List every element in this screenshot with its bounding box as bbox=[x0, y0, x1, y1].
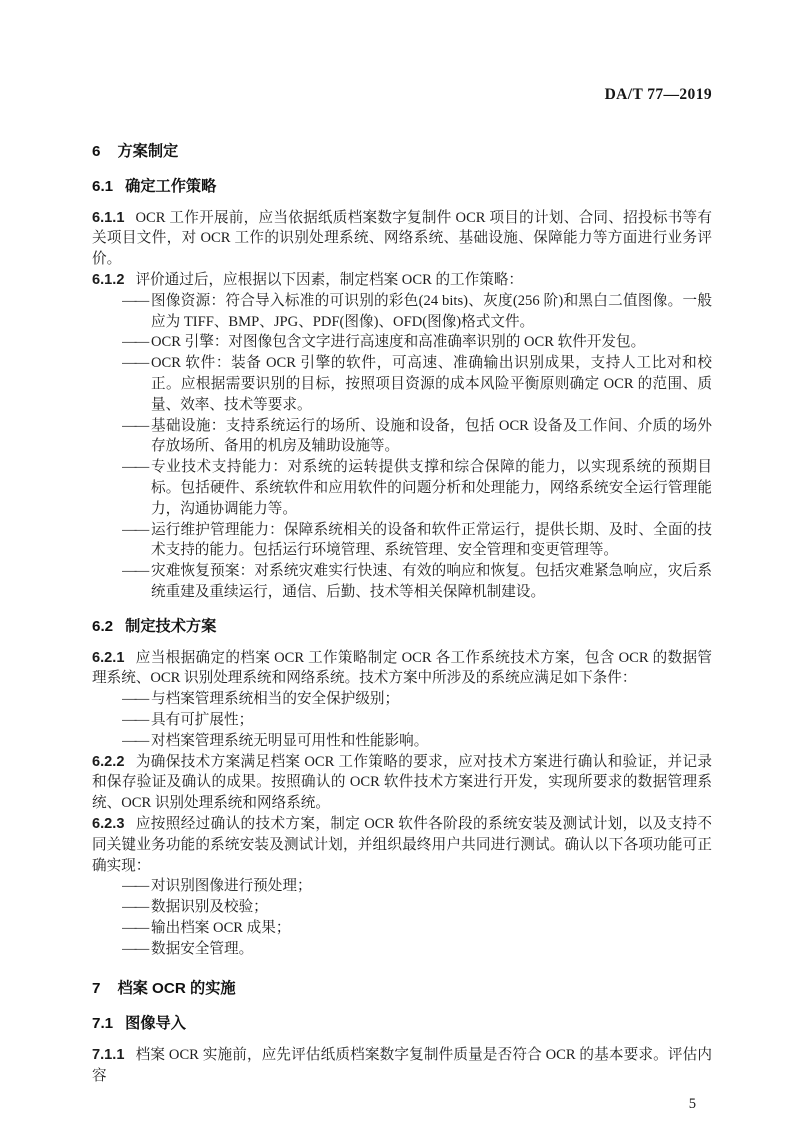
clause-text: 应当根据确定的档案 OCR 工作策略制定 OCR 各工作系统技术方案，包含 OC… bbox=[92, 650, 712, 687]
dash-list-work-strategy: —— 图像资源：符合导入标准的可识别的彩色(24 bits)、灰度(256 阶)… bbox=[92, 291, 712, 603]
list-item-text: 对档案管理系统无明显可用性和性能影响。 bbox=[151, 731, 712, 752]
list-item: —— 具有可扩展性； bbox=[122, 710, 712, 731]
list-item-text: 与档案管理系统相当的安全保护级别； bbox=[151, 689, 712, 710]
clause-number: 6.2.3 bbox=[92, 816, 124, 832]
em-dash-marker: —— bbox=[122, 689, 151, 710]
list-item: —— OCR 引擎：对图像包含文字进行高速度和高准确率识别的 OCR 软件开发包… bbox=[122, 332, 712, 353]
section-number: 7 bbox=[92, 980, 100, 997]
clause-number: 6.2.1 bbox=[92, 650, 124, 666]
clause-number: 6.2.2 bbox=[92, 754, 124, 770]
clause-text: OCR 工作开展前，应当依据纸质档案数字复制件 OCR 项目的计划、合同、招投标… bbox=[92, 210, 712, 268]
clause-number: 6.1.2 bbox=[92, 272, 124, 288]
clause-6-1-2: 6.1.2评价通过后，应根据以下因素，制定档案 OCR 的工作策略： bbox=[92, 270, 712, 291]
em-dash-marker: —— bbox=[122, 416, 151, 458]
list-item: —— 与档案管理系统相当的安全保护级别； bbox=[122, 689, 712, 710]
em-dash-marker: —— bbox=[122, 710, 151, 731]
list-item: —— 图像资源：符合导入标准的可识别的彩色(24 bits)、灰度(256 阶)… bbox=[122, 291, 712, 333]
list-item-text: 数据识别及校验； bbox=[151, 897, 712, 918]
list-item: —— 数据识别及校验； bbox=[122, 897, 712, 918]
em-dash-marker: —— bbox=[122, 332, 151, 353]
subsection-title: 确定工作策略 bbox=[125, 178, 216, 195]
subsection-title: 制定技术方案 bbox=[125, 618, 216, 635]
list-item-text: 灾难恢复预案：对系统灾难实行快速、有效的响应和恢复。包括灾难紧急响应，灾后系统重… bbox=[151, 561, 712, 603]
list-item: —— 对识别图像进行预处理； bbox=[122, 876, 712, 897]
list-item: —— OCR 软件：装备 OCR 引擎的软件，可高速、准确输出识别成果，支持人工… bbox=[122, 353, 712, 415]
subsection-number: 6.2 bbox=[92, 618, 113, 635]
list-item-text: 输出档案 OCR 成果； bbox=[151, 918, 712, 939]
dash-list-functions: —— 对识别图像进行预处理； —— 数据识别及校验； —— 输出档案 OCR 成… bbox=[92, 876, 712, 959]
subsection-number: 7.1 bbox=[92, 1015, 113, 1032]
list-item-text: 对识别图像进行预处理； bbox=[151, 876, 712, 897]
clause-6-1-1: 6.1.1OCR 工作开展前，应当依据纸质档案数字复制件 OCR 项目的计划、合… bbox=[92, 208, 712, 270]
list-item: —— 对档案管理系统无明显可用性和性能影响。 bbox=[122, 731, 712, 752]
list-item-text: OCR 软件：装备 OCR 引擎的软件，可高速、准确输出识别成果，支持人工比对和… bbox=[151, 353, 712, 415]
list-item-text: OCR 引擎：对图像包含文字进行高速度和高准确率识别的 OCR 软件开发包。 bbox=[151, 332, 712, 353]
clause-text: 评价通过后，应根据以下因素，制定档案 OCR 的工作策略： bbox=[135, 272, 523, 288]
list-item-text: 专业技术支持能力：对系统的运转提供支撑和综合保障的能力，以实现系统的预期目标。包… bbox=[151, 457, 712, 519]
clause-number: 7.1.1 bbox=[92, 1047, 124, 1063]
clause-7-1-1: 7.1.1档案 OCR 实施前，应先评估纸质档案数字复制件质量是否符合 OCR … bbox=[92, 1045, 712, 1087]
em-dash-marker: —— bbox=[122, 918, 151, 939]
subsection-number: 6.1 bbox=[92, 178, 113, 195]
em-dash-marker: —— bbox=[122, 876, 151, 897]
clause-text: 应按照经过确认的技术方案，制定 OCR 软件各阶段的系统安装及测试计划，以及支持… bbox=[92, 816, 712, 874]
em-dash-marker: —— bbox=[122, 291, 151, 333]
list-item: —— 运行维护管理能力：保障系统相关的设备和软件正常运行，提供长期、及时、全面的… bbox=[122, 520, 712, 562]
clause-6-2-1: 6.2.1应当根据确定的档案 OCR 工作策略制定 OCR 各工作系统技术方案，… bbox=[92, 648, 712, 690]
document-page: DA/T 77—2019 6方案制定 6.1确定工作策略 6.1.1OCR 工作… bbox=[0, 0, 793, 1122]
subsection-heading-6-2: 6.2制定技术方案 bbox=[92, 617, 712, 638]
document-code-header: DA/T 77—2019 bbox=[92, 86, 712, 104]
list-item-text: 运行维护管理能力：保障系统相关的设备和软件正常运行，提供长期、及时、全面的技术支… bbox=[151, 520, 712, 562]
clause-6-2-3: 6.2.3应按照经过确认的技术方案，制定 OCR 软件各阶段的系统安装及测试计划… bbox=[92, 814, 712, 876]
section-title: 档案 OCR 的实施 bbox=[117, 980, 235, 997]
list-item: —— 数据安全管理。 bbox=[122, 939, 712, 960]
list-item: —— 灾难恢复预案：对系统灾难实行快速、有效的响应和恢复。包括灾难紧急响应，灾后… bbox=[122, 561, 712, 603]
subsection-heading-7-1: 7.1图像导入 bbox=[92, 1014, 712, 1035]
em-dash-marker: —— bbox=[122, 353, 151, 415]
em-dash-marker: —— bbox=[122, 897, 151, 918]
em-dash-marker: —— bbox=[122, 520, 151, 562]
em-dash-marker: —— bbox=[122, 561, 151, 603]
section-heading-7: 7档案 OCR 的实施 bbox=[92, 979, 712, 1000]
em-dash-marker: —— bbox=[122, 731, 151, 752]
section-number: 6 bbox=[92, 143, 100, 160]
clause-number: 6.1.1 bbox=[92, 210, 124, 226]
list-item-text: 基础设施：支持系统运行的场所、设施和设备，包括 OCR 设备及工作间、介质的场外… bbox=[151, 416, 712, 458]
section-title: 方案制定 bbox=[117, 143, 178, 160]
clause-6-2-2: 6.2.2为确保技术方案满足档案 OCR 工作策略的要求，应对技术方案进行确认和… bbox=[92, 752, 712, 814]
subsection-title: 图像导入 bbox=[125, 1015, 186, 1032]
em-dash-marker: —— bbox=[122, 939, 151, 960]
list-item-text: 具有可扩展性； bbox=[151, 710, 712, 731]
list-item-text: 图像资源：符合导入标准的可识别的彩色(24 bits)、灰度(256 阶)和黑白… bbox=[151, 291, 712, 333]
clause-text: 为确保技术方案满足档案 OCR 工作策略的要求，应对技术方案进行确认和验证，并记… bbox=[92, 754, 712, 812]
list-item: —— 输出档案 OCR 成果； bbox=[122, 918, 712, 939]
list-item: —— 基础设施：支持系统运行的场所、设施和设备，包括 OCR 设备及工作间、介质… bbox=[122, 416, 712, 458]
page-number: 5 bbox=[92, 1094, 712, 1115]
clause-text: 档案 OCR 实施前，应先评估纸质档案数字复制件质量是否符合 OCR 的基本要求… bbox=[92, 1047, 712, 1084]
dash-list-tech-conditions: —— 与档案管理系统相当的安全保护级别； —— 具有可扩展性； —— 对档案管理… bbox=[92, 689, 712, 751]
list-item: —— 专业技术支持能力：对系统的运转提供支撑和综合保障的能力，以实现系统的预期目… bbox=[122, 457, 712, 519]
em-dash-marker: —— bbox=[122, 457, 151, 519]
subsection-heading-6-1: 6.1确定工作策略 bbox=[92, 177, 712, 198]
section-heading-6: 6方案制定 bbox=[92, 142, 712, 163]
list-item-text: 数据安全管理。 bbox=[151, 939, 712, 960]
